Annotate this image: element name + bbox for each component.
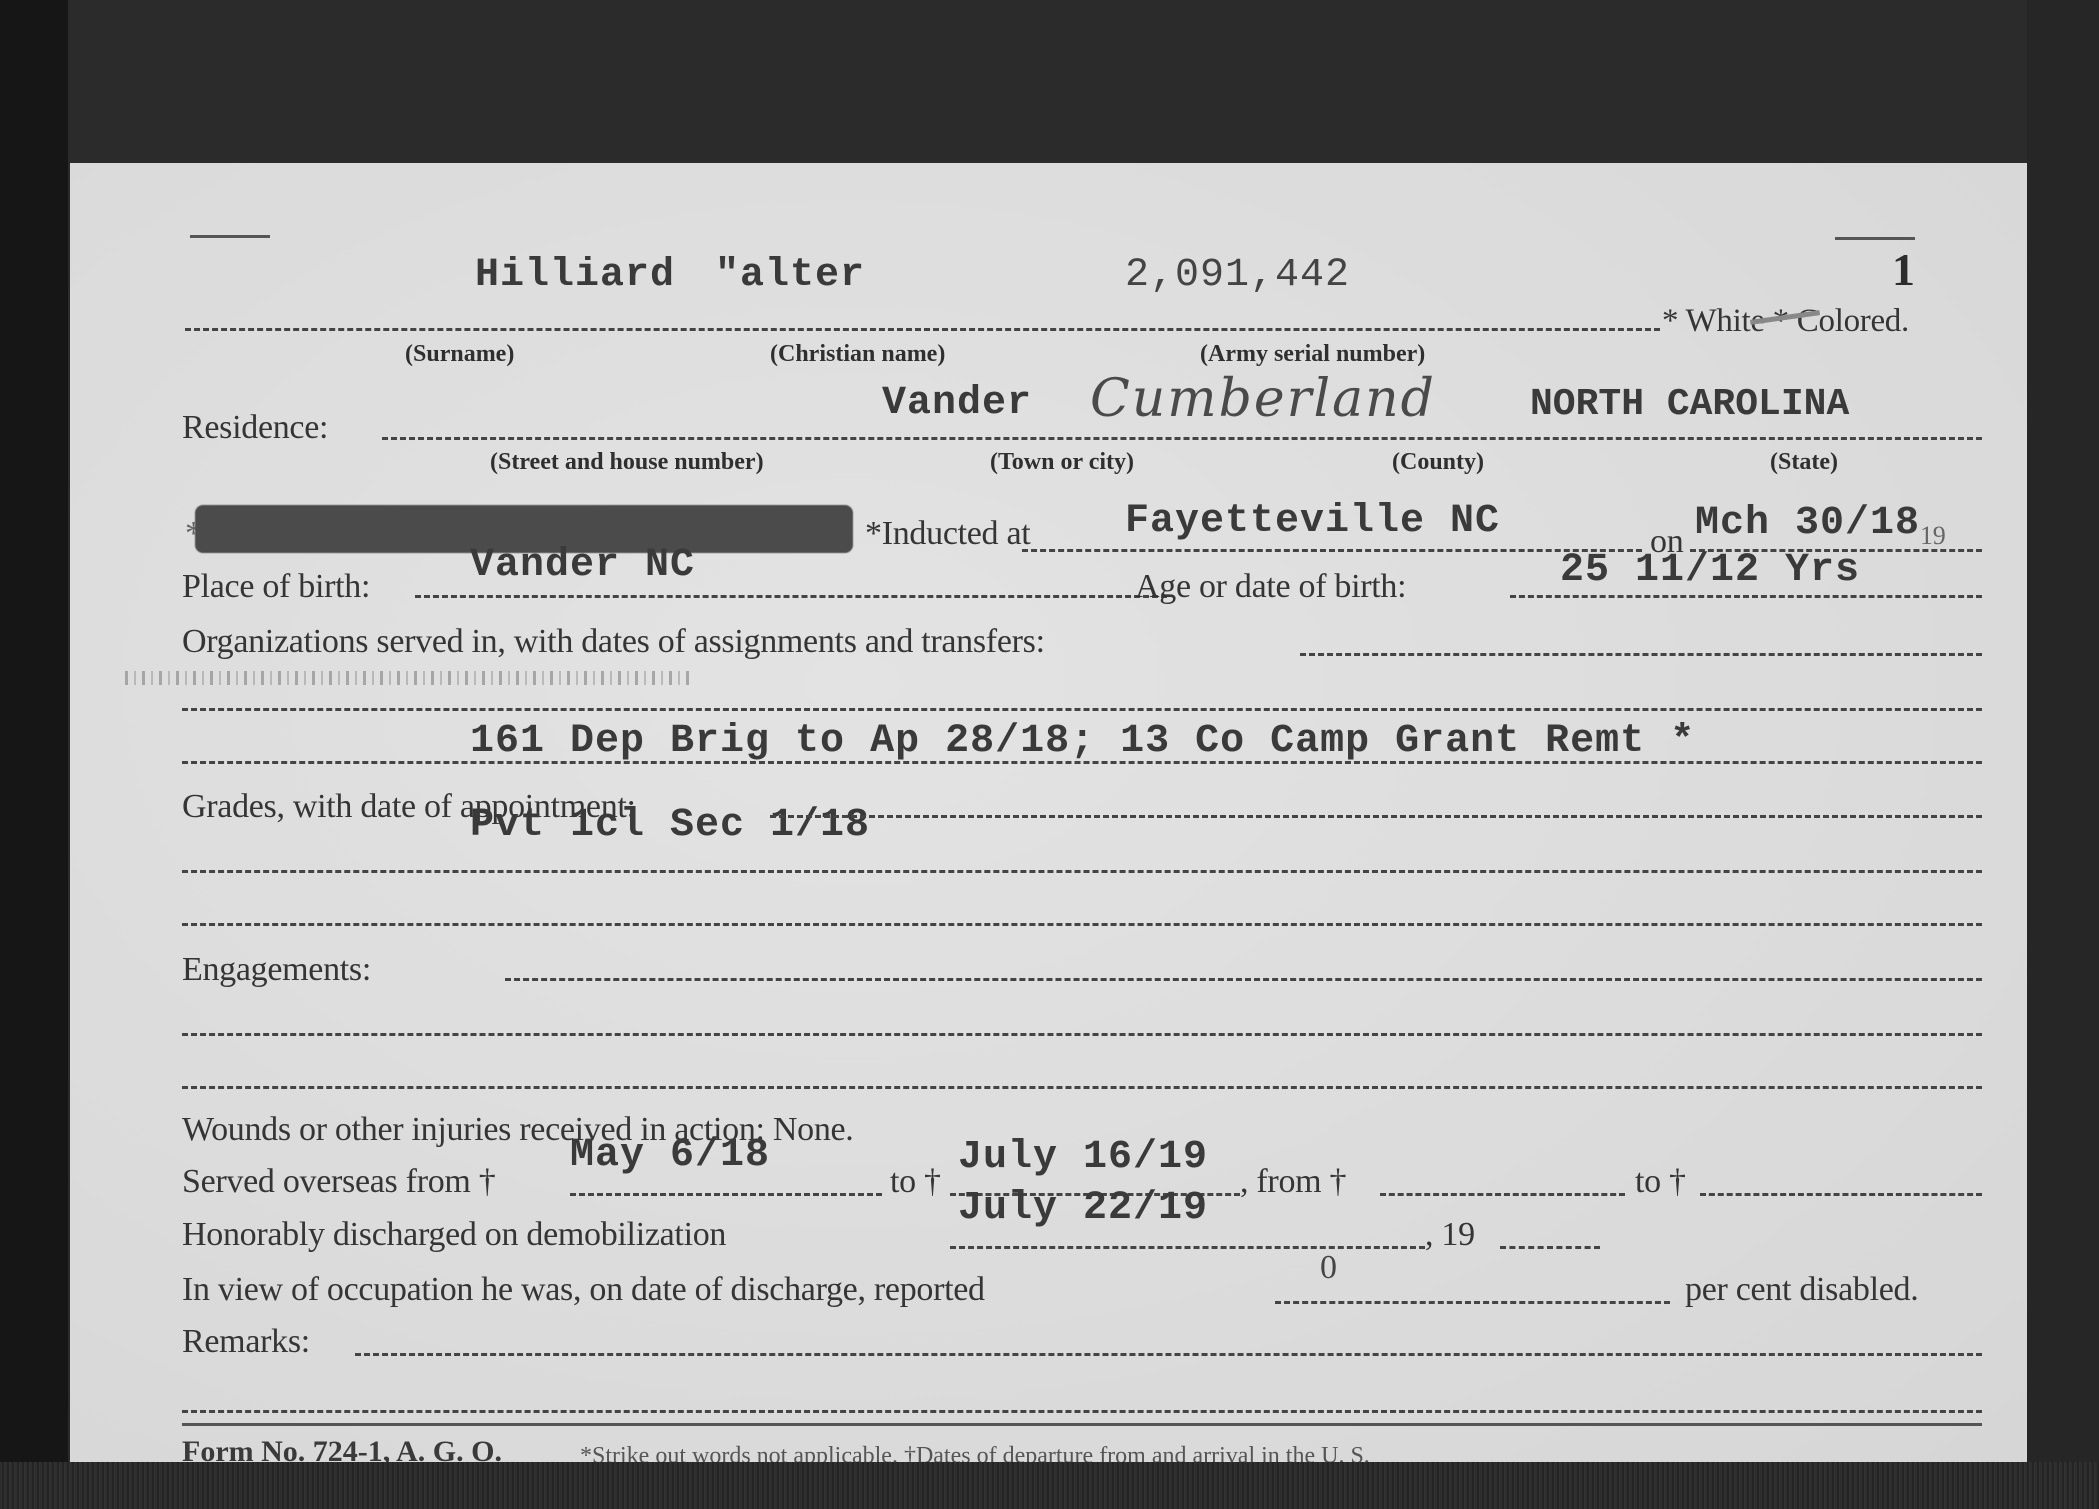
discharge-year-line bbox=[1500, 1246, 1600, 1249]
surname-value: Hilliard bbox=[475, 253, 675, 298]
grades-line-2 bbox=[182, 870, 1982, 873]
top-right-rule bbox=[1835, 237, 1915, 240]
organizations-line-2 bbox=[182, 708, 1982, 711]
residence-line bbox=[382, 437, 1982, 440]
remarks-label: Remarks: bbox=[182, 1323, 310, 1361]
organization-entry: 161 Dep Brig to Ap 28/18; 13 Co Camp Gra… bbox=[470, 719, 1695, 764]
inducted-on-value: Mch 30/18 bbox=[1695, 501, 1920, 546]
state-sub-label: (State) bbox=[1770, 449, 1838, 476]
residence-town-value: Vander bbox=[882, 381, 1032, 426]
inducted-at-value: Fayetteville NC bbox=[1125, 499, 1500, 544]
residence-state-value: NORTH CAROLINA bbox=[1530, 383, 1849, 426]
organizations-line-3 bbox=[182, 761, 1982, 764]
footer-rule bbox=[182, 1423, 1982, 1426]
service-record-card: 1 Hilliard "alter 2,091,442 * White * Co… bbox=[70, 163, 2027, 1462]
race-options: * White * Colored. bbox=[1662, 303, 1909, 340]
organizations-line-1 bbox=[1300, 653, 1982, 656]
disability-line bbox=[1275, 1301, 1670, 1304]
residence-county-value: Cumberland bbox=[1090, 369, 1436, 429]
engagements-line-2 bbox=[182, 1033, 1982, 1036]
overseas-to-value: July 16/19 bbox=[958, 1135, 1208, 1180]
army-serial-number-label: (Army serial number) bbox=[1200, 341, 1425, 368]
discharge-label: Honorably discharged on demobilization bbox=[182, 1216, 726, 1254]
grades-line-3 bbox=[182, 923, 1982, 926]
disability-suffix: per cent disabled. bbox=[1685, 1271, 1918, 1309]
discharge-date-value: July 22/19 bbox=[958, 1186, 1208, 1231]
card-number: 1 bbox=[1892, 243, 1915, 296]
served-overseas-label: Served overseas from † bbox=[182, 1163, 495, 1201]
age-label: Age or date of birth: bbox=[1135, 568, 1406, 606]
organizations-label: Organizations served in, with dates of a… bbox=[182, 623, 1045, 661]
christian-name-value: "alter bbox=[715, 253, 865, 298]
inducted-at-label: *Inducted at bbox=[865, 515, 1030, 553]
scanner-background-right bbox=[2027, 0, 2099, 1509]
ink-smudge bbox=[125, 671, 695, 685]
overseas-from2-label: , from † bbox=[1240, 1163, 1346, 1201]
overseas-to2-label: to † bbox=[1635, 1163, 1686, 1201]
christian-name-label: (Christian name) bbox=[770, 341, 945, 368]
discharge-year-label: , 19 bbox=[1425, 1216, 1475, 1254]
discharge-date-line bbox=[950, 1246, 1425, 1249]
age-line bbox=[1510, 595, 1982, 598]
inducted-at-line bbox=[1022, 549, 1642, 552]
grades-line-1 bbox=[770, 815, 1982, 818]
disability-percent-value: 0 bbox=[1320, 1249, 1337, 1287]
street-sub-label: (Street and house number) bbox=[490, 449, 764, 476]
engagements-line-3 bbox=[182, 1086, 1982, 1089]
scanner-edge-bottom bbox=[0, 1462, 2099, 1509]
army-serial-number-value: 2,091,442 bbox=[1125, 253, 1350, 298]
county-sub-label: (County) bbox=[1392, 449, 1484, 476]
place-of-birth-label: Place of birth: bbox=[182, 568, 370, 606]
name-line bbox=[185, 328, 1660, 331]
overseas-to2-line bbox=[1700, 1193, 1982, 1196]
residence-label: Residence: bbox=[182, 409, 328, 447]
surname-label: (Surname) bbox=[405, 341, 514, 368]
overseas-from-line bbox=[570, 1193, 882, 1196]
scanner-edge-left bbox=[0, 0, 68, 1509]
overseas-to-label: to † bbox=[890, 1163, 941, 1201]
place-of-birth-line bbox=[415, 595, 1167, 598]
inducted-year-suffix: 19 bbox=[1920, 521, 1945, 551]
age-value: 25 11/12 Yrs bbox=[1560, 548, 1860, 593]
footer-note: *Strike out words not applicable. †Dates… bbox=[580, 1443, 1370, 1462]
disability-label: In view of occupation he was, on date of… bbox=[182, 1271, 985, 1309]
top-left-rule bbox=[190, 235, 270, 238]
overseas-from2-line bbox=[1380, 1193, 1625, 1196]
form-number: Form No. 724-1, A. G. O. bbox=[182, 1435, 502, 1462]
grade-entry: Pvt 1cl Sec 1/18 bbox=[470, 803, 870, 848]
engagements-label: Engagements: bbox=[182, 951, 371, 989]
place-of-birth-value: Vander NC bbox=[470, 543, 695, 588]
town-sub-label: (Town or city) bbox=[990, 449, 1134, 476]
remarks-line-1 bbox=[355, 1353, 1982, 1356]
engagements-line-1 bbox=[505, 978, 1982, 981]
overseas-from-value: May 6/18 bbox=[570, 1133, 770, 1178]
remarks-line-2 bbox=[182, 1410, 1982, 1413]
